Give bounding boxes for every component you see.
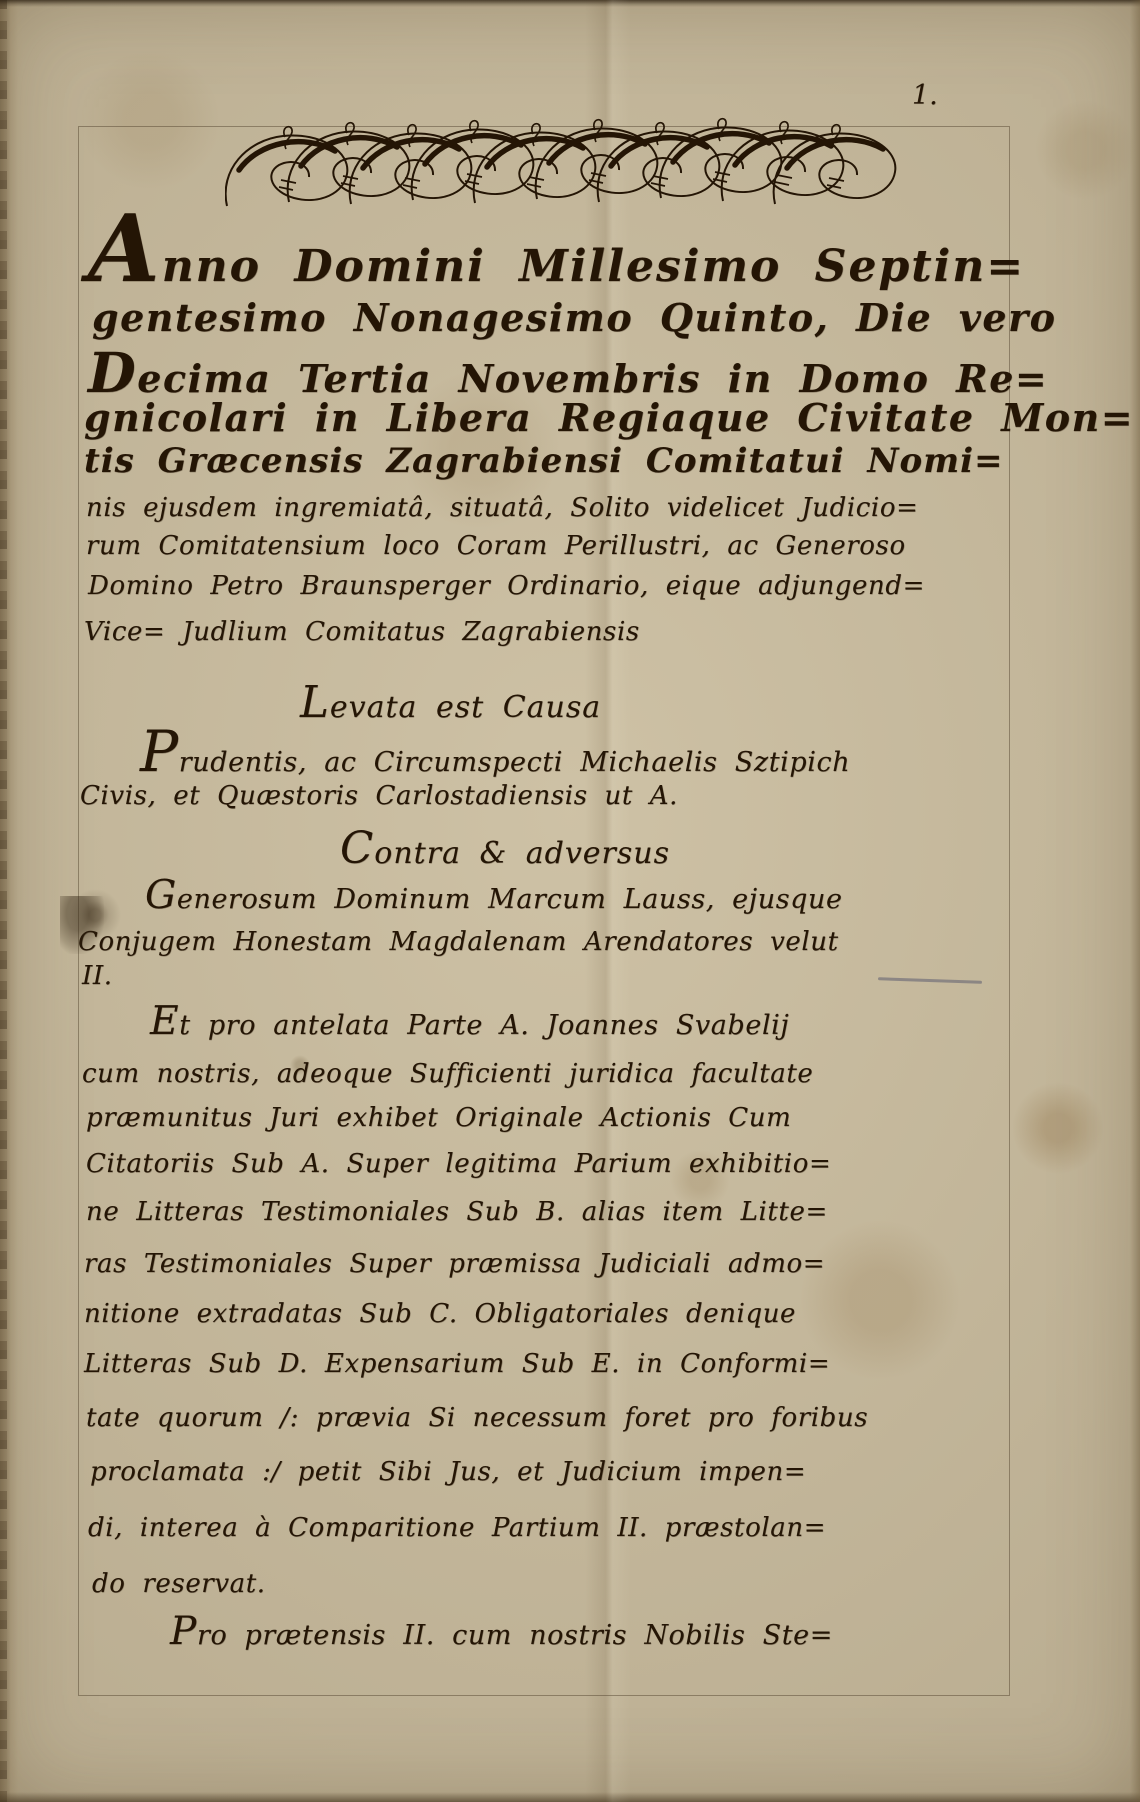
body-line: nis ejusdem ingremiatâ, situatâ, Solito … — [86, 494, 918, 524]
page-left-edge-texture — [0, 0, 7, 1802]
heading-line: gnicolari in Libera Regiaque Civitate Mo… — [84, 396, 1134, 440]
page-right-edge — [1130, 0, 1140, 1802]
body-line: Conjugem Honestam Magdalenam Arendatores… — [78, 928, 839, 958]
heading-line: tis Græcensis Zagrabiensi Comitatui Nomi… — [84, 442, 1004, 481]
calligraphic-flourish-icon — [225, 116, 897, 214]
body-line: Pro prætensis II. cum nostris Nobilis St… — [170, 1614, 833, 1651]
body-line: Civis, et Quæstoris Carlostadiensis ut A… — [80, 782, 678, 812]
body-line: di, interea à Comparitione Partium II. p… — [88, 1514, 826, 1544]
ink-blot — [60, 896, 104, 954]
heading-line: Decima Tertia Novembris in Domo Re= — [88, 348, 1048, 401]
body-line: tate quorum /: prævia Si necessum foret … — [86, 1404, 868, 1434]
heading-line: gentesimo Nonagesimo Quinto, Die vero — [92, 296, 1056, 340]
body-line: proclamata :/ petit Sibi Jus, et Judiciu… — [90, 1458, 806, 1488]
body-line: Citatoriis Sub A. Super legitima Parium … — [86, 1150, 831, 1180]
body-line: ne Litteras Testimoniales Sub B. alias i… — [86, 1198, 828, 1228]
body-line: ras Testimoniales Super præmissa Judicia… — [84, 1250, 825, 1280]
body-line: II. — [82, 962, 113, 992]
body-line: do reservat. — [92, 1570, 266, 1600]
manuscript-page: 1. Anno Domini Millesimo Septin= gentesi… — [0, 0, 1140, 1802]
body-line: rum Comitatensium loco Coram Perillustri… — [86, 532, 906, 562]
body-line: nitione extradatas Sub C. Obligatoriales… — [84, 1300, 796, 1330]
page-number: 1. — [912, 80, 938, 111]
section-heading-levata-est-causa: Levata est Causa — [300, 684, 601, 726]
body-line: præmunitus Juri exhibet Originale Action… — [86, 1104, 791, 1134]
page-bottom-edge — [0, 1792, 1140, 1802]
body-line: Prudentis, ac Circumspecti Michaelis Szt… — [140, 730, 850, 778]
body-line: Vice= Judlium Comitatus Zagrabiensis — [84, 618, 640, 648]
heading-line: Anno Domini Millesimo Septin= — [88, 212, 1025, 293]
page-top-edge — [0, 0, 1140, 7]
body-line: Generosum Dominum Marcum Lauss, ejusque — [145, 878, 843, 915]
section-heading-contra-adversus: Contra & adversus — [340, 830, 670, 872]
body-line: Et pro antelata Parte A. Joannes Svabeli… — [150, 1004, 789, 1041]
body-line: cum nostris, adeoque Sufficienti juridic… — [82, 1060, 813, 1090]
body-line: Litteras Sub D. Expensarium Sub E. in Co… — [84, 1350, 830, 1380]
body-line: Domino Petro Braunsperger Ordinario, eiq… — [88, 572, 925, 602]
